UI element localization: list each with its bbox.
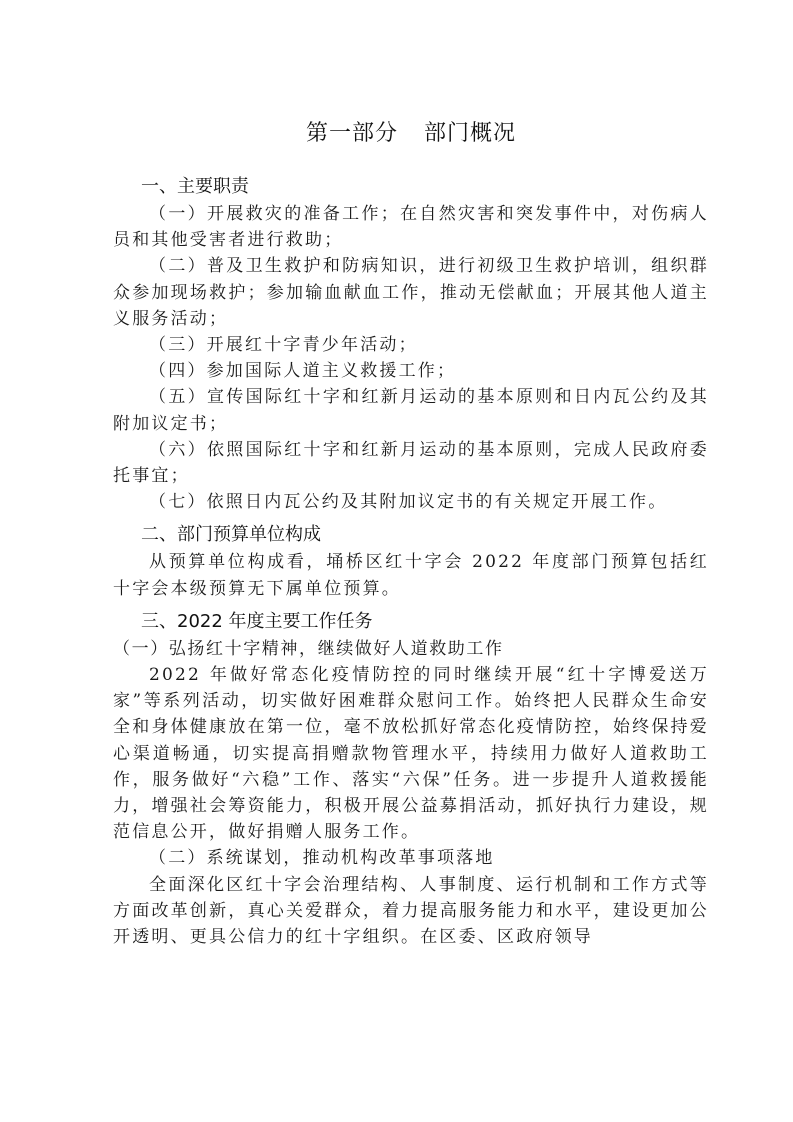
duty-item-4: （四）参加国际人道主义救援工作； bbox=[113, 358, 709, 384]
duty-item-5: （五）宣传国际红十字和红新月运动的基本原则和日内瓦公约及其附加议定书； bbox=[113, 384, 709, 436]
task-paragraph-1: 2022 年做好常态化疫情防控的同时继续开展“红十字博爱送万家”等系列活动，切实… bbox=[113, 662, 709, 845]
title-part: 第一部分 bbox=[306, 121, 398, 146]
duty-item-6: （六）依照国际红十字和红新月运动的基本原则，完成人民政府委托事宜； bbox=[113, 437, 709, 489]
document-body: 一、主要职责 （一）开展救灾的准备工作；在自然灾害和突发事件中，对伤病人员和其他… bbox=[113, 173, 709, 950]
duty-item-1: （一）开展救灾的准备工作；在自然灾害和突发事件中，对伤病人员和其他受害者进行救助… bbox=[113, 201, 709, 253]
duty-item-2: （二）普及卫生救护和防病知识，进行初级卫生救护培训，组织群众参加现场救护；参加输… bbox=[113, 253, 709, 332]
task-paragraph-2: 全面深化区红十字会治理结构、人事制度、运行机制和工作方式等方面改革创新，真心关爱… bbox=[113, 872, 709, 951]
task-subheading-1: （一）弘扬红十字精神，继续做好人道救助工作 bbox=[113, 636, 709, 662]
duty-item-3: （三）开展红十字青少年活动； bbox=[113, 332, 709, 358]
section-heading-2022-tasks: 三、2022 年度主要工作任务 bbox=[113, 608, 709, 636]
budget-units-paragraph: 从预算单位构成看，埇桥区红十字会 2022 年度部门预算包括红十字会本级预算无下… bbox=[113, 549, 709, 601]
page-title: 第一部分部门概况 bbox=[113, 116, 709, 147]
title-name: 部门概况 bbox=[424, 121, 516, 146]
section-heading-budget-units: 二、部门预算单位构成 bbox=[113, 521, 709, 549]
task-subheading-2: （二）系统谋划，推动机构改革事项落地 bbox=[113, 845, 709, 871]
section-heading-duties: 一、主要职责 bbox=[113, 173, 709, 201]
duty-item-7: （七）依照日内瓦公约及其附加议定书的有关规定开展工作。 bbox=[113, 489, 709, 515]
